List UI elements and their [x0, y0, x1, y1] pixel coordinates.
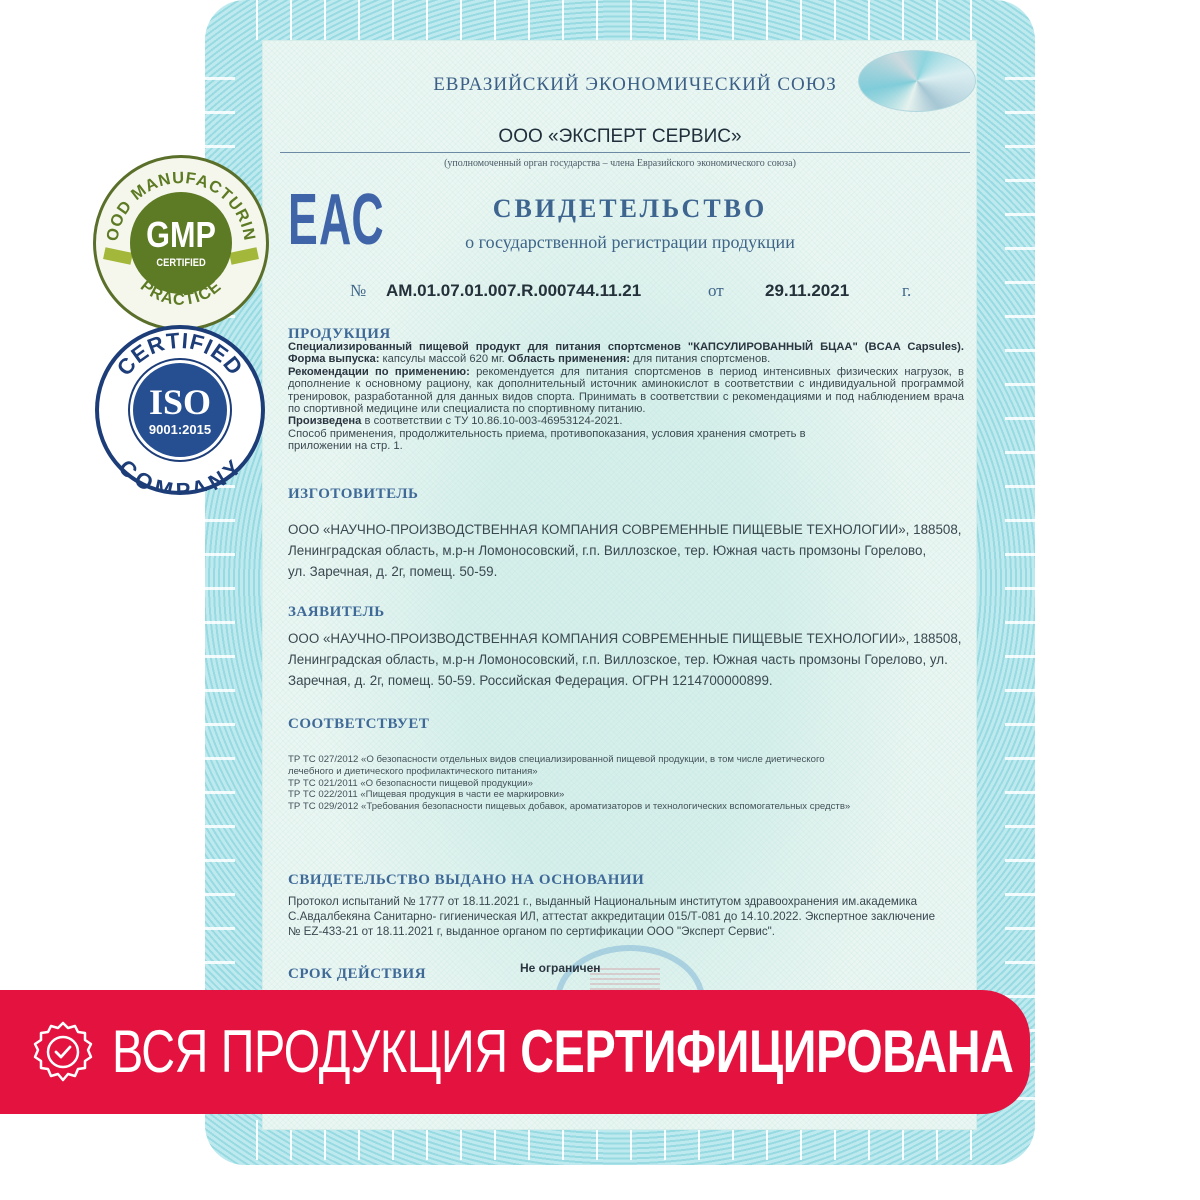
product-description: Специализированный пищевой продукт для п… [288, 341, 964, 453]
certificate-number-row: № AM.01.07.01.007.R.000744.11.21 от 29.1… [350, 281, 930, 305]
recommendations-label: Рекомендации по применению: [288, 366, 470, 378]
regulation-item: ТР ТС 029/2012 «Требования безопасности … [288, 801, 968, 813]
regulation-item: ТР ТС 022/2011 «Пищевая продукция в част… [288, 789, 968, 801]
regulation-item: ТР ТС 021/2011 «О безопасности пищевой п… [288, 778, 968, 790]
number-prefix: № [350, 281, 366, 301]
produced-text: в соответствии с ТУ 10.86.10-003-4695312… [361, 415, 622, 427]
address-line: Ленинградская область, м.р-н Ломоносовск… [288, 540, 978, 561]
basis-line: С.Авдалбекяна Санитарно- гигиеническая И… [288, 909, 978, 924]
iso-center: ISO 9001:2015 [130, 360, 230, 460]
basis-text: Протокол испытаний № 1777 от 18.11.2021 … [288, 894, 978, 939]
regulations-list: ТР ТС 027/2012 «О безопасности отдельных… [288, 754, 968, 813]
certified-banner: ВСЯ ПРОДУКЦИЯ СЕРТИФИЦИРОВАНА [0, 990, 1030, 1114]
address-line: ул. Заречная, д. 2г, помещ. 50-59. [288, 561, 978, 582]
certificate-title: СВИДЕТЕЛЬСТВО [380, 194, 880, 224]
certificate-date: 29.11.2021 [765, 281, 849, 301]
banner-text-bold: СЕРТИФИЦИРОВАНА [520, 1018, 1013, 1085]
address-line: Ленинградская область, м.р-н Ломоносовск… [288, 649, 978, 670]
section-heading-validity: СРОК ДЕЙСТВИЯ [288, 966, 426, 983]
section-heading-basis: СВИДЕТЕЛЬСТВО ВЫДАНО НА ОСНОВАНИИ [288, 872, 644, 889]
produced-label: Произведена [288, 415, 361, 427]
date-suffix: г. [902, 281, 911, 301]
frame-border-right [1005, 60, 1035, 1100]
section-heading-manufacturer: ИЗГОТОВИТЕЛЬ [288, 486, 418, 503]
hologram-icon [858, 50, 976, 112]
verified-badge-icon [30, 1020, 96, 1086]
address-line: ООО «НАУЧНО-ПРОИЗВОДСТВЕННАЯ КОМПАНИЯ СО… [288, 519, 978, 540]
address-line: ООО «НАУЧНО-ПРОИЗВОДСТВЕННАЯ КОМПАНИЯ СО… [288, 628, 978, 649]
certificate-subtitle: о государственной регистрации продукции [380, 232, 880, 253]
union-title: ЕВРАЗИЙСКИЙ ЭКОНОМИЧЕСКИЙ СОЮЗ [420, 74, 850, 96]
regulation-item: ТР ТС 027/2012 «О безопасности отдельных… [288, 754, 968, 766]
section-heading-conforms: СООТВЕТСТВУЕТ [288, 716, 429, 733]
banner-text-light: ВСЯ ПРОДУКЦИЯ [112, 1018, 520, 1085]
iso-label: ISO [149, 384, 211, 420]
date-prefix: от [708, 281, 724, 301]
gmp-badge: GOOD MANUFACTURING PRACTICE GMP CERTIFIE… [93, 155, 269, 331]
usage-text: Способ применения, продолжительность при… [288, 428, 848, 453]
iso-badge: CERTIFIED COMPANY ISO 9001:2015 [95, 325, 265, 495]
frame-border-top [240, 0, 1000, 40]
organization-note: (уполномоченный орган государства – член… [270, 158, 970, 169]
area-label: Область применения: [508, 353, 630, 365]
issuing-organization: ООО «ЭКСПЕРТ СЕРВИС» [270, 126, 970, 148]
regulation-item: лечебного и диетического профилактическо… [288, 766, 968, 778]
applicant-address: ООО «НАУЧНО-ПРОИЗВОДСТВЕННАЯ КОМПАНИЯ СО… [288, 628, 978, 691]
divider [280, 152, 970, 153]
validity-value: Не ограничен [520, 961, 601, 975]
basis-line: Протокол испытаний № 1777 от 18.11.2021 … [288, 894, 978, 909]
basis-line: № EZ-433-21 от 18.11.2021 г, выданное ор… [288, 924, 978, 939]
section-heading-applicant: ЗАЯВИТЕЛЬ [288, 604, 385, 621]
gmp-center: GMP CERTIFIED [130, 192, 232, 294]
gmp-sublabel: CERTIFIED [156, 257, 205, 269]
eac-mark-icon: ЕАС [288, 186, 385, 254]
product-form: капсулы массой 620 мг. [379, 353, 507, 365]
address-line: Заречная, д. 2г, помещ. 50-59. Российска… [288, 670, 978, 691]
certificate-number: AM.01.07.01.007.R.000744.11.21 [386, 281, 641, 301]
manufacturer-address: ООО «НАУЧНО-ПРОИЗВОДСТВЕННАЯ КОМПАНИЯ СО… [288, 519, 978, 582]
area-text: для питания спортсменов. [630, 353, 770, 365]
iso-standard: 9001:2015 [149, 422, 211, 437]
banner-text: ВСЯ ПРОДУКЦИЯ СЕРТИФИЦИРОВАНА [112, 1002, 1014, 1102]
gmp-label: GMP [146, 217, 216, 253]
